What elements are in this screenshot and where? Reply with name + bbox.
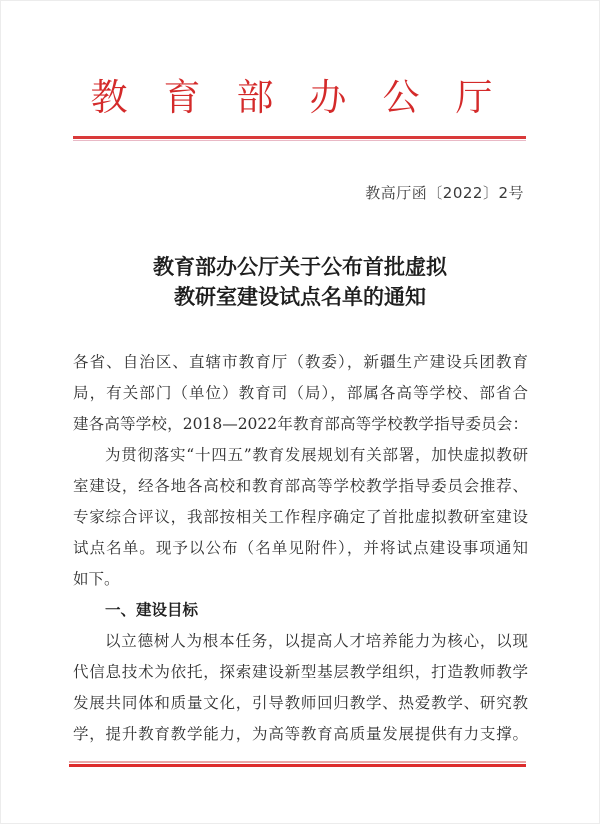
intro-paragraph: 为贯彻落实“十四五”教育发展规划有关部署，加快虚拟教研 室建设，经各地各高校和教… [73,440,528,595]
masthead-char: 部 [235,68,275,128]
masthead-red-rule [73,136,526,139]
footer-faint-rule [69,761,526,763]
masthead-char: 公 [381,68,421,128]
text-line: 如下。 [73,564,528,595]
text-line: 各省、自治区、直辖市教育厅（教委），新疆生产建设兵团教育 [73,347,528,378]
text-line: 局，有关部门（单位）教育司（局），部属各高等学校、部省合 [73,378,528,409]
footer-red-rule [69,764,526,767]
masthead-char: 厅 [454,68,494,128]
document-title-line: 教育部办公厅关于公布首批虚拟 [0,252,600,282]
masthead-faint-rule [73,140,526,141]
masthead-char: 教 [89,68,129,128]
document-number: 教高厅函〔2022〕2号 [365,182,524,203]
masthead-char: 办 [308,68,348,128]
text-line: 专家综合评议，我部按相关工作程序确定了首批虚拟教研室建设 [73,502,528,533]
document-title: 教育部办公厅关于公布首批虚拟 教研室建设试点名单的通知 [0,252,600,312]
section-1: 一、建设目标 以立德树人为根本任务，以提高人才培养能力为核心，以现 代信息技术为… [73,595,528,750]
document-title-line: 教研室建设试点名单的通知 [0,282,600,312]
masthead: 教 育 部 办 公 厅 [0,68,600,128]
document-body: 各省、自治区、直辖市教育厅（教委），新疆生产建设兵团教育 局，有关部门（单位）教… [73,347,528,750]
addressees: 各省、自治区、直辖市教育厅（教委），新疆生产建设兵团教育 局，有关部门（单位）教… [73,347,528,440]
text-line: 发展共同体和质量文化，引导教师回归教学、热爱教学、研究教 [73,688,528,719]
text-line: 建各高等学校，2018—2022年教育部高等学校教学指导委员会： [73,409,528,440]
text-line: 室建设，经各地各高校和教育部高等学校教学指导委员会推荐、 [73,471,528,502]
text-line: 为贯彻落实“十四五”教育发展规划有关部署，加快虚拟教研 [73,440,528,471]
text-line: 学，提升教育教学能力，为高等教育高质量发展提供有力支撑。 [73,719,528,750]
text-line: 试点名单。现予以公布（名单见附件），并将试点建设事项通知 [73,533,528,564]
text-line: 代信息技术为依托，探索建设新型基层教学组织，打造教师教学 [73,657,528,688]
masthead-char: 育 [162,68,202,128]
text-line: 以立德树人为根本任务，以提高人才培养能力为核心，以现 [73,626,528,657]
section-heading: 一、建设目标 [73,595,528,626]
